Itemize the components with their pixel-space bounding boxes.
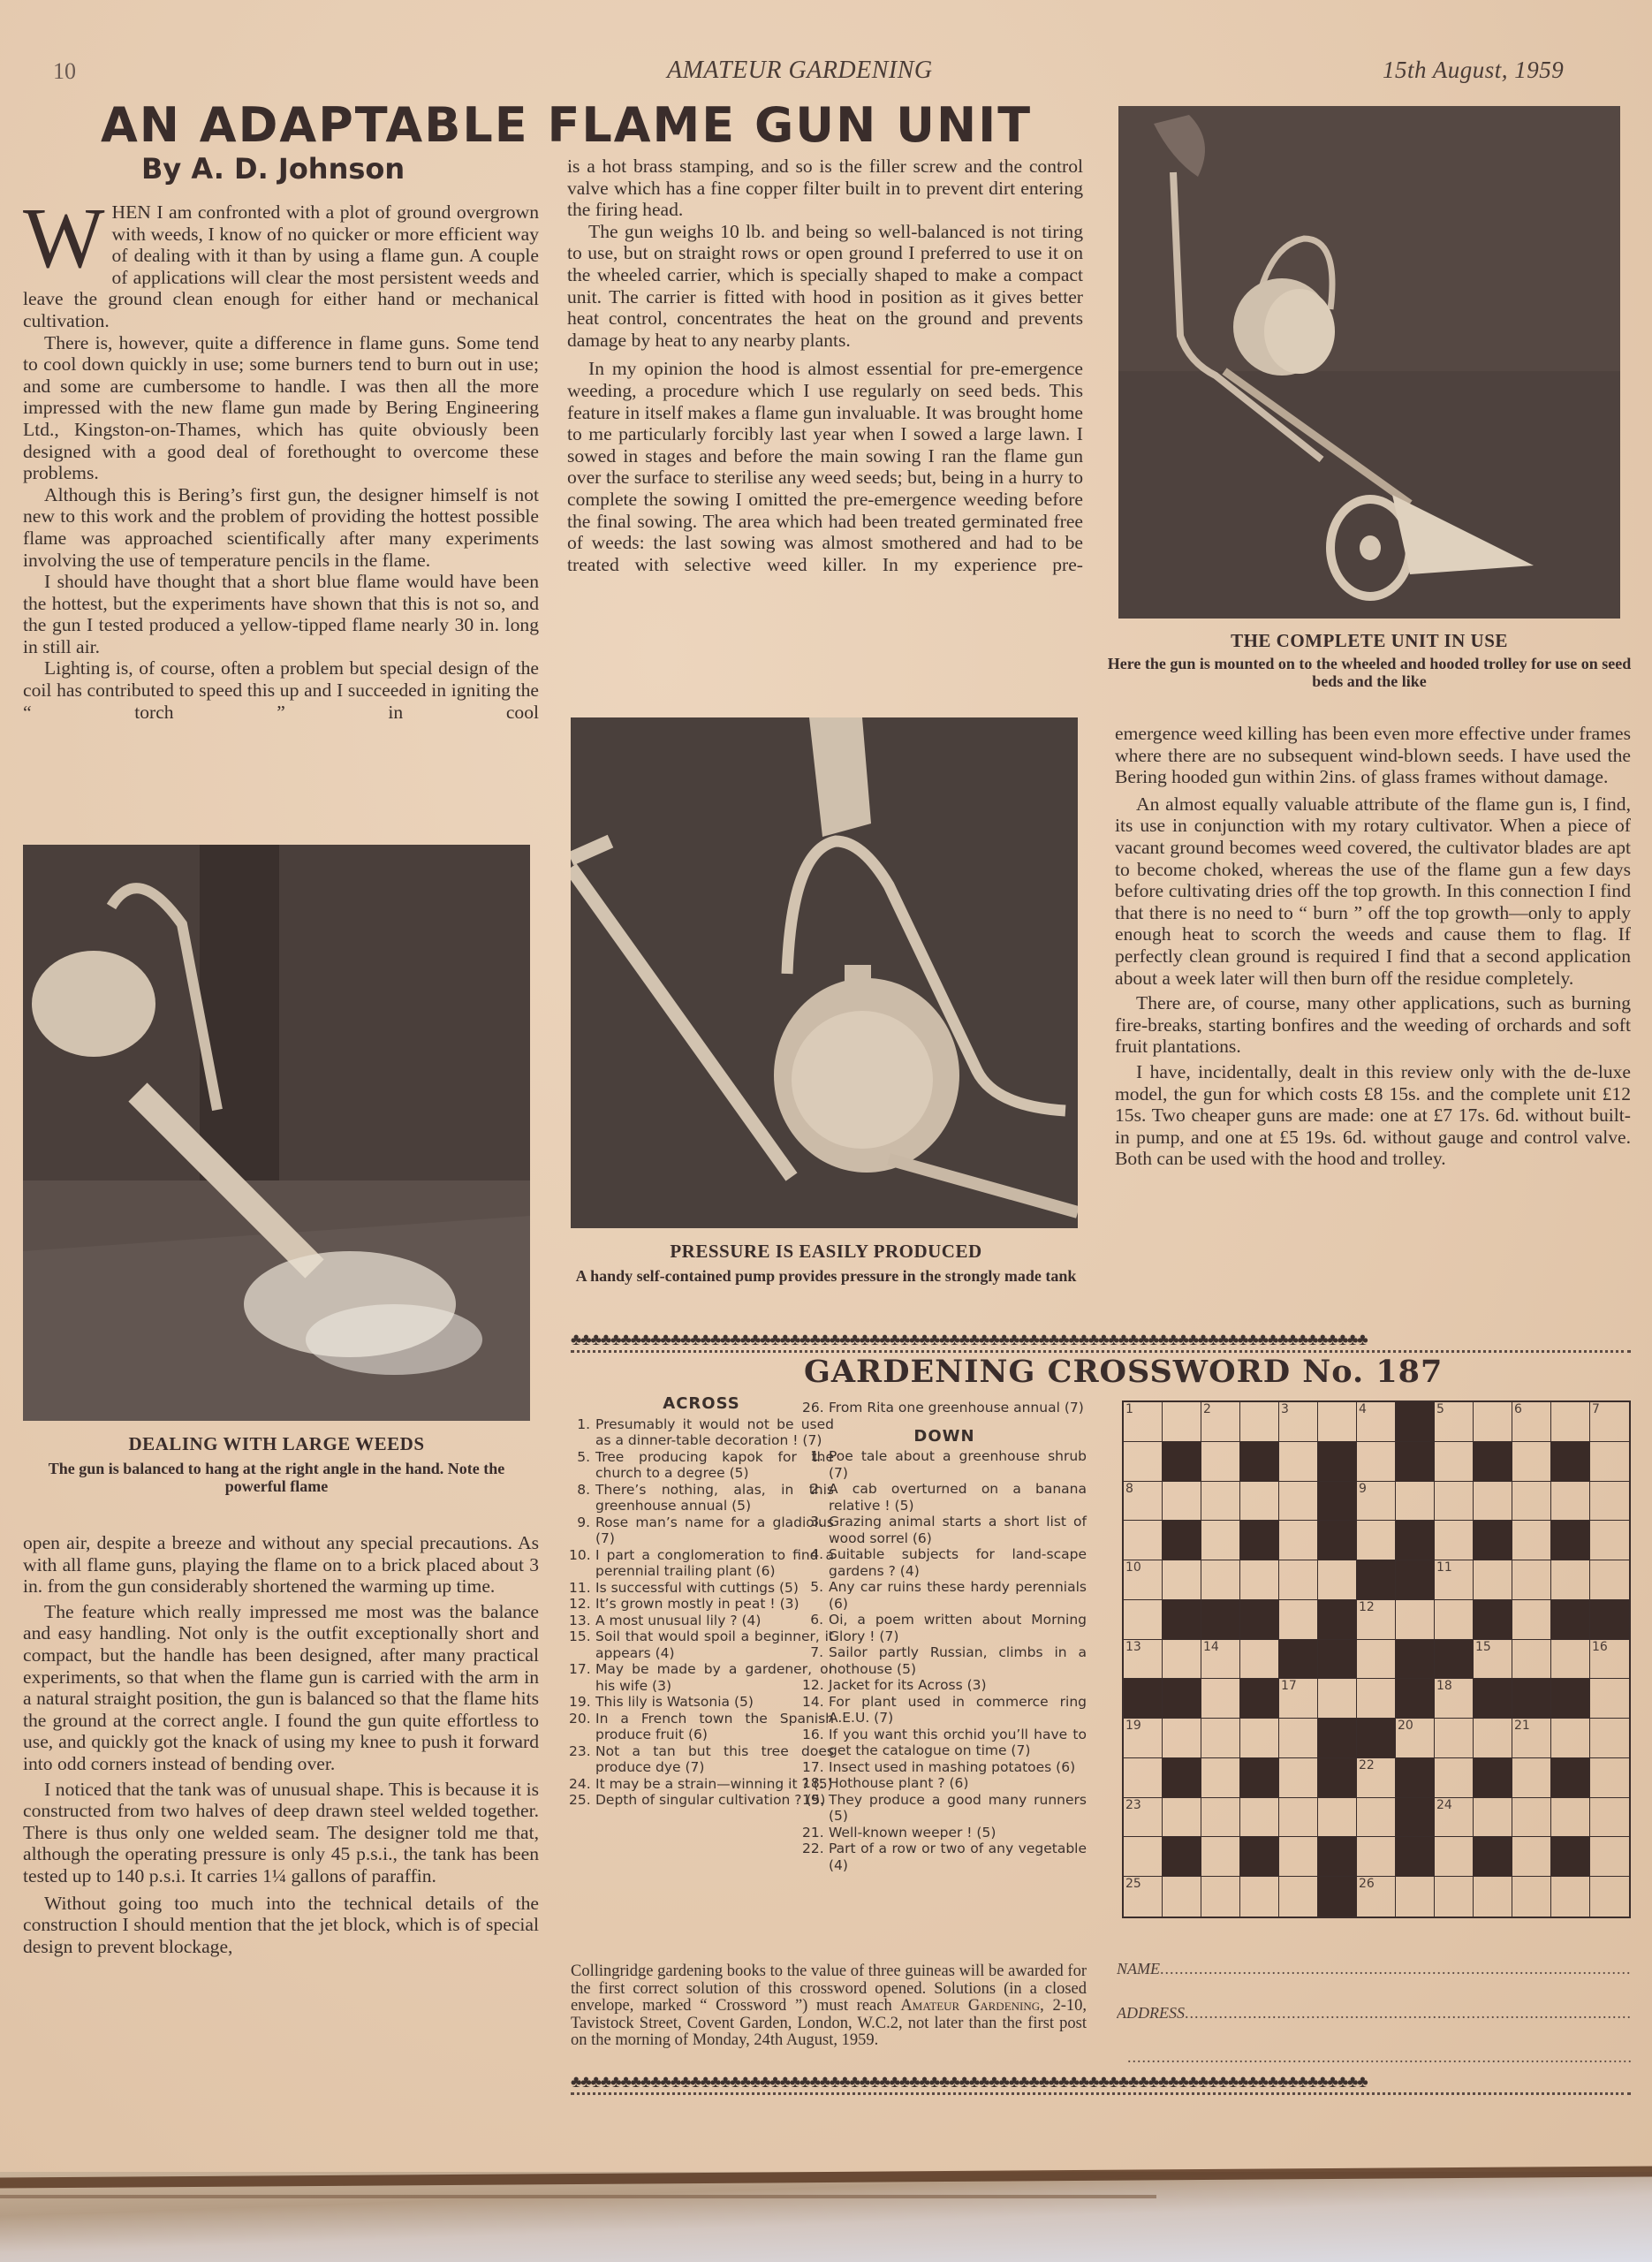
clue-down: 12.Jacket for its Across (3) bbox=[802, 1677, 1087, 1694]
grid-cell[interactable] bbox=[1551, 1640, 1590, 1680]
grid-cell-black bbox=[1512, 1679, 1551, 1719]
grid-cell[interactable]: 3 bbox=[1279, 1402, 1318, 1442]
grid-cell[interactable]: 26 bbox=[1357, 1877, 1396, 1917]
photo-pressure bbox=[571, 717, 1078, 1228]
clue-number: 12. bbox=[802, 1677, 829, 1694]
clue-number: 5. bbox=[802, 1579, 829, 1612]
grid-cell[interactable] bbox=[1357, 1442, 1396, 1482]
grid-cell[interactable] bbox=[1163, 1402, 1201, 1442]
grid-cell-black bbox=[1474, 1758, 1512, 1798]
grid-cell[interactable] bbox=[1357, 1640, 1396, 1680]
grid-cell-black bbox=[1318, 1640, 1357, 1680]
grid-cell-black bbox=[1163, 1837, 1201, 1877]
grid-cell[interactable] bbox=[1279, 1758, 1318, 1798]
paragraph: The gun weighs 10 lb. and being so well-… bbox=[567, 221, 1083, 352]
grid-cell[interactable] bbox=[1279, 1877, 1318, 1917]
clue-text: In a French town the Spanish produce fru… bbox=[595, 1711, 834, 1743]
grid-cell[interactable]: 12 bbox=[1357, 1600, 1396, 1640]
grid-cell[interactable]: 6 bbox=[1512, 1402, 1551, 1442]
grid-cell[interactable] bbox=[1240, 1877, 1279, 1917]
grid-cell[interactable] bbox=[1590, 1798, 1629, 1838]
grid-cell[interactable]: 9 bbox=[1357, 1482, 1396, 1522]
paragraph: There are, of course, many other applica… bbox=[1115, 992, 1631, 1058]
clue-across: 1.Presumably it would not be used as a d… bbox=[569, 1416, 834, 1449]
ornament-rule-bottom: ♣♣♣♣♣♣♣♣♣♣♣♣♣♣♣♣♣♣♣♣♣♣♣♣♣♣♣♣♣♣♣♣♣♣♣♣♣♣♣♣… bbox=[571, 2075, 1631, 2095]
clue-text: Well-known weeper ! (5) bbox=[829, 1825, 1087, 1841]
grid-cell[interactable]: 25 bbox=[1124, 1877, 1163, 1917]
clue-number: 8. bbox=[569, 1482, 595, 1514]
clue-down: 16.If you want this orchid you’ll have t… bbox=[802, 1727, 1087, 1759]
clue-number: 11. bbox=[569, 1580, 595, 1597]
grid-cell-black bbox=[1396, 1798, 1435, 1838]
article-column-3: emergence weed killing has been even mor… bbox=[1115, 723, 1631, 1170]
grid-cell[interactable] bbox=[1512, 1560, 1551, 1600]
clue-number: 14. bbox=[802, 1694, 829, 1727]
grid-cell[interactable] bbox=[1318, 1798, 1357, 1838]
grid-cell[interactable] bbox=[1435, 1600, 1474, 1640]
clue-across: 24.It may be a strain—winning it ? (5) bbox=[569, 1776, 834, 1793]
clue-down: 3.Grazing animal starts a short list of … bbox=[802, 1514, 1087, 1546]
clue-number: 17. bbox=[569, 1661, 595, 1694]
grid-cell[interactable] bbox=[1512, 1758, 1551, 1798]
clue-number: 21. bbox=[802, 1825, 829, 1841]
grid-cell-number: 18 bbox=[1436, 1679, 1452, 1693]
grid-cell-black bbox=[1163, 1679, 1201, 1719]
grid-cell-black bbox=[1318, 1758, 1357, 1798]
grid-cell-number: 6 bbox=[1514, 1402, 1522, 1416]
grid-cell[interactable] bbox=[1240, 1640, 1279, 1680]
grid-cell[interactable] bbox=[1163, 1482, 1201, 1522]
grid-cell[interactable] bbox=[1396, 1877, 1435, 1917]
clue-down: 18.Hothouse plant ? (6) bbox=[802, 1775, 1087, 1792]
grid-cell[interactable] bbox=[1590, 1482, 1629, 1522]
paragraph: In my opinion the hood is almost essenti… bbox=[567, 358, 1083, 575]
clue-text: Not a tan but this tree does produce dye… bbox=[595, 1743, 834, 1776]
paragraph: I have, incidentally, dealt in this revi… bbox=[1115, 1061, 1631, 1170]
grid-cell[interactable] bbox=[1279, 1837, 1318, 1877]
drop-cap: W bbox=[23, 205, 105, 272]
grid-cell-black bbox=[1124, 1679, 1163, 1719]
publication-name-smallcaps: Amateur Gardening bbox=[900, 1997, 1040, 2015]
clue-text: Tree producing kapok for the church to a… bbox=[595, 1449, 834, 1482]
grid-cell-black bbox=[1240, 1837, 1279, 1877]
clue-down: 4.Suitable subjects for land-scape garde… bbox=[802, 1546, 1087, 1579]
paragraph: I noticed that the tank was of unusual s… bbox=[23, 1779, 539, 1887]
clue-text: May be made by a gardener, or his wife (… bbox=[595, 1661, 834, 1694]
clue-down: 21.Well-known weeper ! (5) bbox=[802, 1825, 1087, 1841]
grid-cell-black bbox=[1279, 1640, 1318, 1680]
grid-cell[interactable] bbox=[1512, 1521, 1551, 1560]
clue-number: 12. bbox=[569, 1596, 595, 1613]
grid-cell[interactable] bbox=[1590, 1679, 1629, 1719]
grid-cell[interactable]: 2 bbox=[1201, 1402, 1240, 1442]
clue-number: 22. bbox=[802, 1841, 829, 1873]
grid-cell-number: 14 bbox=[1203, 1640, 1219, 1654]
clue-text: Grazing animal starts a short list of wo… bbox=[829, 1514, 1087, 1546]
clue-text: It’s grown mostly in peat ! (3) bbox=[595, 1596, 834, 1613]
grid-cell-number: 4 bbox=[1359, 1402, 1367, 1416]
grid-cell[interactable] bbox=[1201, 1482, 1240, 1522]
grid-cell[interactable] bbox=[1474, 1798, 1512, 1838]
grid-cell[interactable]: 24 bbox=[1435, 1798, 1474, 1838]
grid-cell[interactable] bbox=[1201, 1758, 1240, 1798]
clue-across: 10.I part a conglomeration to find a per… bbox=[569, 1547, 834, 1580]
grid-cell[interactable] bbox=[1435, 1719, 1474, 1758]
clue-across: 5.Tree producing kapok for the church to… bbox=[569, 1449, 834, 1482]
grid-cell[interactable] bbox=[1551, 1482, 1590, 1522]
clue-number: 19. bbox=[802, 1792, 829, 1825]
photo-caption-title: DEALING WITH LARGE WEEDS bbox=[23, 1433, 530, 1455]
grid-cell-black bbox=[1396, 1837, 1435, 1877]
grid-cell[interactable] bbox=[1474, 1877, 1512, 1917]
grid-cell[interactable]: 5 bbox=[1435, 1402, 1474, 1442]
article-byline: By A. D. Johnson bbox=[141, 152, 405, 186]
grid-cell[interactable] bbox=[1124, 1837, 1163, 1877]
grid-cell-black bbox=[1318, 1877, 1357, 1917]
grid-cell-black bbox=[1318, 1482, 1357, 1522]
grid-cell-number: 15 bbox=[1475, 1640, 1491, 1654]
clue-text: Oi, a poem written about Morning Glory !… bbox=[829, 1612, 1087, 1644]
grid-cell[interactable] bbox=[1357, 1521, 1396, 1560]
grid-cell[interactable]: 22 bbox=[1357, 1758, 1396, 1798]
paragraph: is a hot brass stamping, and so is the f… bbox=[567, 156, 1083, 221]
clue-down: 5.Any car ruins these hardy perennials (… bbox=[802, 1579, 1087, 1612]
grid-cell[interactable] bbox=[1163, 1877, 1201, 1917]
grid-cell[interactable] bbox=[1512, 1442, 1551, 1482]
grid-cell[interactable]: 20 bbox=[1396, 1719, 1435, 1758]
grid-cell[interactable] bbox=[1474, 1402, 1512, 1442]
grid-cell[interactable] bbox=[1396, 1482, 1435, 1522]
clue-text: Hothouse plant ? (6) bbox=[829, 1775, 1087, 1792]
grid-cell[interactable] bbox=[1512, 1877, 1551, 1917]
grid-cell[interactable] bbox=[1512, 1482, 1551, 1522]
grid-cell-number: 26 bbox=[1359, 1877, 1375, 1891]
grid-cell[interactable] bbox=[1474, 1719, 1512, 1758]
grid-cell[interactable]: 7 bbox=[1590, 1402, 1629, 1442]
grid-cell[interactable]: 17 bbox=[1279, 1679, 1318, 1719]
clue-down: 22.Part of a row or two of any vegetable… bbox=[802, 1841, 1087, 1873]
grid-cell-black bbox=[1474, 1442, 1512, 1482]
grid-cell[interactable] bbox=[1240, 1482, 1279, 1522]
grid-cell[interactable] bbox=[1163, 1560, 1201, 1600]
grid-cell-number: 2 bbox=[1203, 1402, 1211, 1416]
clue-text: They produce a good many runners (5) bbox=[829, 1792, 1087, 1825]
grid-cell[interactable] bbox=[1279, 1719, 1318, 1758]
grid-cell-black bbox=[1240, 1600, 1279, 1640]
clue-number: 24. bbox=[569, 1776, 595, 1793]
grid-cell-number: 8 bbox=[1125, 1482, 1133, 1496]
grid-cell[interactable] bbox=[1279, 1442, 1318, 1482]
grid-cell[interactable] bbox=[1590, 1877, 1629, 1917]
grid-cell[interactable] bbox=[1318, 1560, 1357, 1600]
clue-text: It may be a strain—winning it ? (5) bbox=[595, 1776, 834, 1793]
clue-text: Soil that would spoil a beginner, it app… bbox=[595, 1628, 834, 1661]
clue-number: 3. bbox=[802, 1514, 829, 1546]
grid-cell[interactable] bbox=[1435, 1482, 1474, 1522]
ornament-rule-top: ♣♣♣♣♣♣♣♣♣♣♣♣♣♣♣♣♣♣♣♣♣♣♣♣♣♣♣♣♣♣♣♣♣♣♣♣♣♣♣♣… bbox=[571, 1332, 1631, 1353]
clue-text: If you want this orchid you’ll have to g… bbox=[829, 1727, 1087, 1759]
grid-cell-black bbox=[1396, 1521, 1435, 1560]
grid-cell[interactable] bbox=[1435, 1758, 1474, 1798]
clue-number: 25. bbox=[569, 1792, 595, 1809]
grid-cell-black bbox=[1163, 1600, 1201, 1640]
address-field[interactable]: ADDRESS.................................… bbox=[1117, 2004, 1631, 2023]
grid-cell[interactable]: 19 bbox=[1124, 1719, 1163, 1758]
grid-cell[interactable] bbox=[1512, 1798, 1551, 1838]
grid-cell[interactable]: 23 bbox=[1124, 1798, 1163, 1838]
grid-cell[interactable] bbox=[1357, 1798, 1396, 1838]
clue-number: 13. bbox=[569, 1613, 595, 1629]
grid-cell-black bbox=[1240, 1442, 1279, 1482]
grid-cell-black bbox=[1357, 1560, 1396, 1600]
grid-cell[interactable] bbox=[1435, 1837, 1474, 1877]
grid-cell[interactable] bbox=[1201, 1560, 1240, 1600]
clue-down: 6.Oi, a poem written about Morning Glory… bbox=[802, 1612, 1087, 1644]
grid-cell-black bbox=[1357, 1719, 1396, 1758]
article-column-2: is a hot brass stamping, and so is the f… bbox=[567, 156, 1083, 575]
grid-cell[interactable] bbox=[1279, 1600, 1318, 1640]
clue-text: Is successful with cuttings (5) bbox=[595, 1580, 834, 1597]
clue-number: 1. bbox=[569, 1416, 595, 1449]
grid-cell[interactable] bbox=[1279, 1560, 1318, 1600]
article-title: AN ADAPTABLE FLAME GUN UNIT bbox=[101, 97, 1032, 153]
clue-text: Rose man’s name for a gladiolus (7) bbox=[595, 1514, 834, 1547]
crossword-title: GARDENING CROSSWORD No. 187 bbox=[804, 1354, 1443, 1390]
grid-cell[interactable] bbox=[1357, 1679, 1396, 1719]
clue-text: Suitable subjects for land-scape gardens… bbox=[829, 1546, 1087, 1579]
grid-cell-number: 20 bbox=[1398, 1719, 1413, 1733]
grid-cell-number: 11 bbox=[1436, 1560, 1452, 1575]
clues-down: 26.From Rita one greenhouse annual (7) D… bbox=[802, 1400, 1087, 1873]
grid-cell-black bbox=[1551, 1521, 1590, 1560]
clue-text: From Rita one greenhouse annual (7) bbox=[829, 1400, 1087, 1416]
grid-cell[interactable] bbox=[1124, 1600, 1163, 1640]
clue-text: Depth of singular cultivation ? (5) bbox=[595, 1792, 834, 1809]
grid-cell[interactable] bbox=[1318, 1402, 1357, 1442]
grid-cell-black bbox=[1551, 1837, 1590, 1877]
grid-cell-black bbox=[1474, 1679, 1512, 1719]
grid-cell-number: 25 bbox=[1125, 1877, 1141, 1891]
clue-text: Any car ruins these hardy perennials (6) bbox=[829, 1579, 1087, 1612]
grid-cell-black bbox=[1318, 1719, 1357, 1758]
grid-cell[interactable] bbox=[1201, 1521, 1240, 1560]
grid-cell-number: 10 bbox=[1125, 1560, 1141, 1575]
clue-number: 16. bbox=[802, 1727, 829, 1759]
clue-across: 17.May be made by a gardener, or his wif… bbox=[569, 1661, 834, 1694]
grid-cell-number: 1 bbox=[1125, 1402, 1133, 1416]
clue-list-across: 1.Presumably it would not be used as a d… bbox=[569, 1416, 834, 1809]
grid-cell-number: 12 bbox=[1359, 1600, 1375, 1614]
clues-heading-down: DOWN bbox=[802, 1429, 1087, 1446]
grid-cell[interactable] bbox=[1124, 1442, 1163, 1482]
grid-cell[interactable] bbox=[1590, 1442, 1629, 1482]
grid-cell-black bbox=[1551, 1758, 1590, 1798]
grid-cell-black bbox=[1474, 1600, 1512, 1640]
grid-cell[interactable] bbox=[1240, 1798, 1279, 1838]
grid-cell-number: 19 bbox=[1125, 1719, 1141, 1733]
clue-list-down: 1.Poe tale about a greenhouse shrub (7)2… bbox=[802, 1448, 1087, 1873]
clue-number: 9. bbox=[569, 1514, 595, 1547]
grid-cell[interactable] bbox=[1474, 1560, 1512, 1600]
photo-caption-text: Here the gun is mounted on to the wheele… bbox=[1106, 655, 1633, 690]
pump-tank-icon bbox=[571, 717, 1078, 1228]
clue-number: 6. bbox=[802, 1612, 829, 1644]
grid-cell-black bbox=[1551, 1442, 1590, 1482]
grid-cell[interactable] bbox=[1512, 1640, 1551, 1680]
paragraph: Although this is Bering’s first gun, the… bbox=[23, 484, 539, 571]
clue-text: Poe tale about a greenhouse shrub (7) bbox=[829, 1448, 1087, 1481]
grid-cell[interactable] bbox=[1357, 1837, 1396, 1877]
grid-cell[interactable] bbox=[1590, 1560, 1629, 1600]
photo-caption-text: The gun is balanced to hang at the right… bbox=[23, 1460, 530, 1495]
grid-cell[interactable] bbox=[1551, 1719, 1590, 1758]
grid-cell[interactable] bbox=[1201, 1798, 1240, 1838]
grid-cell-black bbox=[1474, 1521, 1512, 1560]
flame-gun-trolley-icon bbox=[1118, 106, 1620, 619]
grid-cell[interactable] bbox=[1318, 1679, 1357, 1719]
grid-cell-number: 23 bbox=[1125, 1798, 1141, 1812]
grid-cell[interactable] bbox=[1201, 1719, 1240, 1758]
grid-cell-black bbox=[1318, 1442, 1357, 1482]
grid-cell-number: 16 bbox=[1592, 1640, 1608, 1654]
grid-cell[interactable] bbox=[1590, 1719, 1629, 1758]
grid-cell[interactable] bbox=[1240, 1402, 1279, 1442]
grid-cell-black bbox=[1396, 1679, 1435, 1719]
photo-caption-title: PRESSURE IS EASILY PRODUCED bbox=[565, 1241, 1087, 1263]
grid-cell[interactable] bbox=[1551, 1798, 1590, 1838]
grid-cell[interactable] bbox=[1435, 1521, 1474, 1560]
clue-text: A most unusual lily ? (4) bbox=[595, 1613, 834, 1629]
grid-cell-black bbox=[1240, 1521, 1279, 1560]
grid-cell[interactable] bbox=[1124, 1758, 1163, 1798]
grid-cell[interactable] bbox=[1435, 1442, 1474, 1482]
grid-cell-black bbox=[1396, 1442, 1435, 1482]
grid-cell[interactable]: 21 bbox=[1512, 1719, 1551, 1758]
grid-cell[interactable] bbox=[1201, 1442, 1240, 1482]
clue-number: 10. bbox=[569, 1547, 595, 1580]
page-number: 10 bbox=[53, 58, 76, 85]
grid-cell[interactable]: 4 bbox=[1357, 1402, 1396, 1442]
grid-cell-number: 7 bbox=[1592, 1402, 1600, 1416]
grid-cell-number: 13 bbox=[1125, 1640, 1141, 1654]
grid-cell-number: 9 bbox=[1359, 1482, 1367, 1496]
grid-cell[interactable] bbox=[1590, 1837, 1629, 1877]
grid-cell[interactable] bbox=[1279, 1482, 1318, 1522]
grid-cell-number: 5 bbox=[1436, 1402, 1444, 1416]
clue-down: 14.For plant used in commerce ring A.E.U… bbox=[802, 1694, 1087, 1727]
clue-number: 7. bbox=[802, 1644, 829, 1677]
clue-down: 7.Sailor partly Russian, climbs in a hot… bbox=[802, 1644, 1087, 1677]
photo-caption-text: A handy self-contained pump provides pre… bbox=[565, 1267, 1087, 1285]
grid-cell[interactable]: 1 bbox=[1124, 1402, 1163, 1442]
clue-across: 8.There’s nothing, alas, in this greenho… bbox=[569, 1482, 834, 1514]
grid-cell[interactable] bbox=[1201, 1877, 1240, 1917]
issue-date: 15th August, 1959 bbox=[1383, 57, 1564, 84]
grid-cell-black bbox=[1551, 1600, 1590, 1640]
paragraph: The feature which really impressed me mo… bbox=[23, 1601, 539, 1775]
grid-cell[interactable]: 16 bbox=[1590, 1640, 1629, 1680]
grid-cell-black bbox=[1163, 1442, 1201, 1482]
grid-cell-number: 3 bbox=[1281, 1402, 1289, 1416]
grid-cell[interactable]: 18 bbox=[1435, 1679, 1474, 1719]
clue-number: 1. bbox=[802, 1448, 829, 1481]
clue-down: 2.A cab overturned on a banana relative … bbox=[802, 1481, 1087, 1514]
grid-cell[interactable]: 15 bbox=[1474, 1640, 1512, 1680]
grid-cell[interactable] bbox=[1163, 1719, 1201, 1758]
name-field[interactable]: NAME....................................… bbox=[1117, 1960, 1631, 1978]
grid-cell[interactable] bbox=[1435, 1877, 1474, 1917]
grid-cell-black bbox=[1240, 1679, 1279, 1719]
publication-name: AMATEUR GARDENING bbox=[667, 57, 933, 85]
clue-number: 26. bbox=[802, 1400, 829, 1416]
grid-cell[interactable] bbox=[1240, 1560, 1279, 1600]
clue-across: 9.Rose man’s name for a gladiolus (7) bbox=[569, 1514, 834, 1547]
clue-text: For plant used in commerce ring A.E.U. (… bbox=[829, 1694, 1087, 1727]
grid-cell-black bbox=[1396, 1758, 1435, 1798]
grid-cell[interactable] bbox=[1240, 1719, 1279, 1758]
clue-down: 1.Poe tale about a greenhouse shrub (7) bbox=[802, 1448, 1087, 1481]
grid-cell-black bbox=[1163, 1758, 1201, 1798]
flame-gun-in-hand-icon bbox=[23, 845, 530, 1421]
clue-number: 5. bbox=[569, 1449, 595, 1482]
grid-cell[interactable] bbox=[1474, 1482, 1512, 1522]
address-field-line-2[interactable]: ........................................… bbox=[1127, 2048, 1631, 2067]
grid-cell[interactable] bbox=[1551, 1877, 1590, 1917]
grid-cell[interactable]: 8 bbox=[1124, 1482, 1163, 1522]
grid-cell[interactable]: 13 bbox=[1124, 1640, 1163, 1680]
grid-cell[interactable] bbox=[1279, 1521, 1318, 1560]
grid-cell[interactable] bbox=[1590, 1758, 1629, 1798]
grid-cell-black bbox=[1163, 1521, 1201, 1560]
grid-cell[interactable]: 14 bbox=[1201, 1640, 1240, 1680]
grid-cell-number: 17 bbox=[1281, 1679, 1297, 1693]
grid-cell[interactable] bbox=[1396, 1600, 1435, 1640]
paragraph: Without going too much into the technica… bbox=[23, 1893, 539, 1958]
grid-cell[interactable] bbox=[1163, 1640, 1201, 1680]
paragraph: open air, despite a breeze and without a… bbox=[23, 1532, 539, 1598]
clue-across: 26.From Rita one greenhouse annual (7) bbox=[802, 1400, 1087, 1416]
clue-text: This lily is Watsonia (5) bbox=[595, 1694, 834, 1711]
grid-cell[interactable]: 11 bbox=[1435, 1560, 1474, 1600]
article-column-1-top: WHEN I am confronted with a plot of grou… bbox=[23, 201, 539, 723]
clue-number: 17. bbox=[802, 1759, 829, 1776]
grid-cell-black bbox=[1201, 1600, 1240, 1640]
grid-cell[interactable] bbox=[1201, 1837, 1240, 1877]
clue-down: 19.They produce a good many runners (5) bbox=[802, 1792, 1087, 1825]
clue-across: 25.Depth of singular cultivation ? (5) bbox=[569, 1792, 834, 1809]
grid-cell-black bbox=[1435, 1640, 1474, 1680]
grid-cell[interactable] bbox=[1124, 1521, 1163, 1560]
grid-cell[interactable] bbox=[1551, 1402, 1590, 1442]
crossword-grid: 1234567891011121314151617181920212223242… bbox=[1122, 1400, 1631, 1918]
grid-cell[interactable] bbox=[1512, 1600, 1551, 1640]
grid-cell[interactable] bbox=[1551, 1560, 1590, 1600]
grid-cell[interactable] bbox=[1201, 1679, 1240, 1719]
paragraph: An almost equally valuable attribute of … bbox=[1115, 793, 1631, 989]
grid-cell[interactable] bbox=[1512, 1837, 1551, 1877]
clue-text: Insect used in mashing potatoes (6) bbox=[829, 1759, 1087, 1776]
clue-text: Presumably it would not be used as a din… bbox=[595, 1416, 834, 1449]
grid-cell[interactable]: 10 bbox=[1124, 1560, 1163, 1600]
grid-cell[interactable] bbox=[1590, 1521, 1629, 1560]
clue-number: 18. bbox=[802, 1775, 829, 1792]
grid-cell[interactable] bbox=[1279, 1798, 1318, 1838]
grid-cell-black bbox=[1396, 1402, 1435, 1442]
photo-large-weeds bbox=[23, 845, 530, 1421]
photo-complete-unit bbox=[1118, 106, 1620, 619]
article-column-1-bottom: open air, despite a breeze and without a… bbox=[23, 1532, 539, 1957]
grid-cell[interactable] bbox=[1163, 1798, 1201, 1838]
